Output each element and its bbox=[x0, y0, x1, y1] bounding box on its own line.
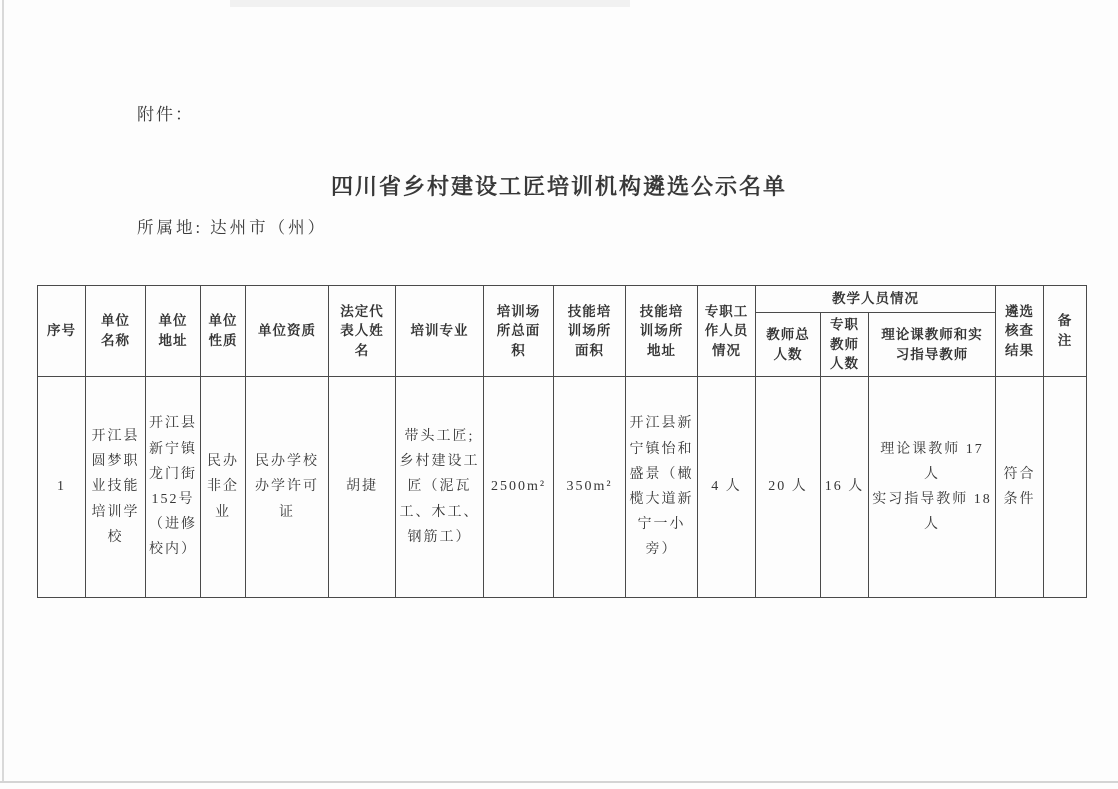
cell-unit-qualification: 民办学校办学许可证 bbox=[246, 377, 329, 598]
cell-unit-nature: 民办非企业 bbox=[201, 377, 246, 598]
header-row-top: 序号 单位 名称 单位 地址 单位 性质 单位资质 法定代 表人姓 名 培训专业… bbox=[38, 286, 1087, 313]
cell-unit-name: 开江县圆梦职业技能培训学校 bbox=[86, 377, 146, 598]
scan-edge-bottom bbox=[0, 781, 1118, 783]
table-row: 1 开江县圆梦职业技能培训学校 开江县新宁镇龙门街152号（进修校内） 民办非企… bbox=[38, 377, 1087, 598]
column-header-training-area-total: 培训场 所总面 积 bbox=[484, 286, 554, 377]
column-header-unit-name: 单位 名称 bbox=[86, 286, 146, 377]
region-label: 所属地: bbox=[137, 218, 203, 237]
cell-theory-practice-teachers: 理论课教师 17 人 实习指导教师 18 人 bbox=[869, 377, 996, 598]
attachment-label: 附件： bbox=[137, 100, 194, 125]
cell-skill-area: 350m² bbox=[554, 377, 626, 598]
column-header-theory-practice-teachers: 理论课教师和实 习指导教师 bbox=[869, 313, 996, 377]
cell-skill-address: 开江县新宁镇怡和盛景（橄榄大道新宁一小旁） bbox=[626, 377, 698, 598]
column-header-unit-qualification: 单位资质 bbox=[246, 286, 329, 377]
cell-teacher-total: 20 人 bbox=[756, 377, 821, 598]
column-header-fulltime-teacher: 专职 教师 人数 bbox=[821, 313, 869, 377]
column-header-seq: 序号 bbox=[38, 286, 86, 377]
cell-remark bbox=[1044, 377, 1087, 598]
cell-training-major: 带头工匠;乡村建设工匠（泥瓦工、木工、钢筋工） bbox=[396, 377, 484, 598]
scan-edge-left bbox=[2, 0, 4, 783]
scan-smudge bbox=[230, 0, 630, 7]
cell-seq: 1 bbox=[38, 377, 86, 598]
cell-training-area-total: 2500m² bbox=[484, 377, 554, 598]
region-line: 所属地:达州市（州） bbox=[137, 214, 327, 238]
cell-selection-result: 符合条件 bbox=[996, 377, 1044, 598]
column-header-legal-rep: 法定代 表人姓 名 bbox=[329, 286, 396, 377]
scanned-document-page: 附件： 四川省乡村建设工匠培训机构遴选公示名单 所属地:达州市（州） 序号 单位… bbox=[0, 0, 1118, 789]
column-group-teaching-staff: 教学人员情况 bbox=[756, 286, 996, 313]
page-title: 四川省乡村建设工匠培训机构遴选公示名单 bbox=[0, 170, 1118, 201]
column-header-fulltime-staff: 专职工 作人员 情况 bbox=[698, 286, 756, 377]
column-header-selection-result: 遴选 核查 结果 bbox=[996, 286, 1044, 377]
column-header-unit-nature: 单位 性质 bbox=[201, 286, 246, 377]
column-header-unit-address: 单位 地址 bbox=[146, 286, 201, 377]
column-header-training-major: 培训专业 bbox=[396, 286, 484, 377]
cell-legal-rep: 胡捷 bbox=[329, 377, 396, 598]
column-header-skill-area: 技能培 训场所 面积 bbox=[554, 286, 626, 377]
cell-fulltime-staff: 4 人 bbox=[698, 377, 756, 598]
column-header-skill-address: 技能培 训场所 地址 bbox=[626, 286, 698, 377]
column-header-teacher-total: 教师总 人数 bbox=[756, 313, 821, 377]
cell-fulltime-teacher: 16 人 bbox=[821, 377, 869, 598]
region-value: 达州市（州） bbox=[210, 218, 327, 237]
institutions-table: 序号 单位 名称 单位 地址 单位 性质 单位资质 法定代 表人姓 名 培训专业… bbox=[37, 285, 1087, 598]
table-container: 序号 单位 名称 单位 地址 单位 性质 单位资质 法定代 表人姓 名 培训专业… bbox=[37, 285, 1087, 598]
cell-unit-address: 开江县新宁镇龙门街152号（进修校内） bbox=[146, 377, 201, 598]
column-header-remark: 备 注 bbox=[1044, 286, 1087, 377]
